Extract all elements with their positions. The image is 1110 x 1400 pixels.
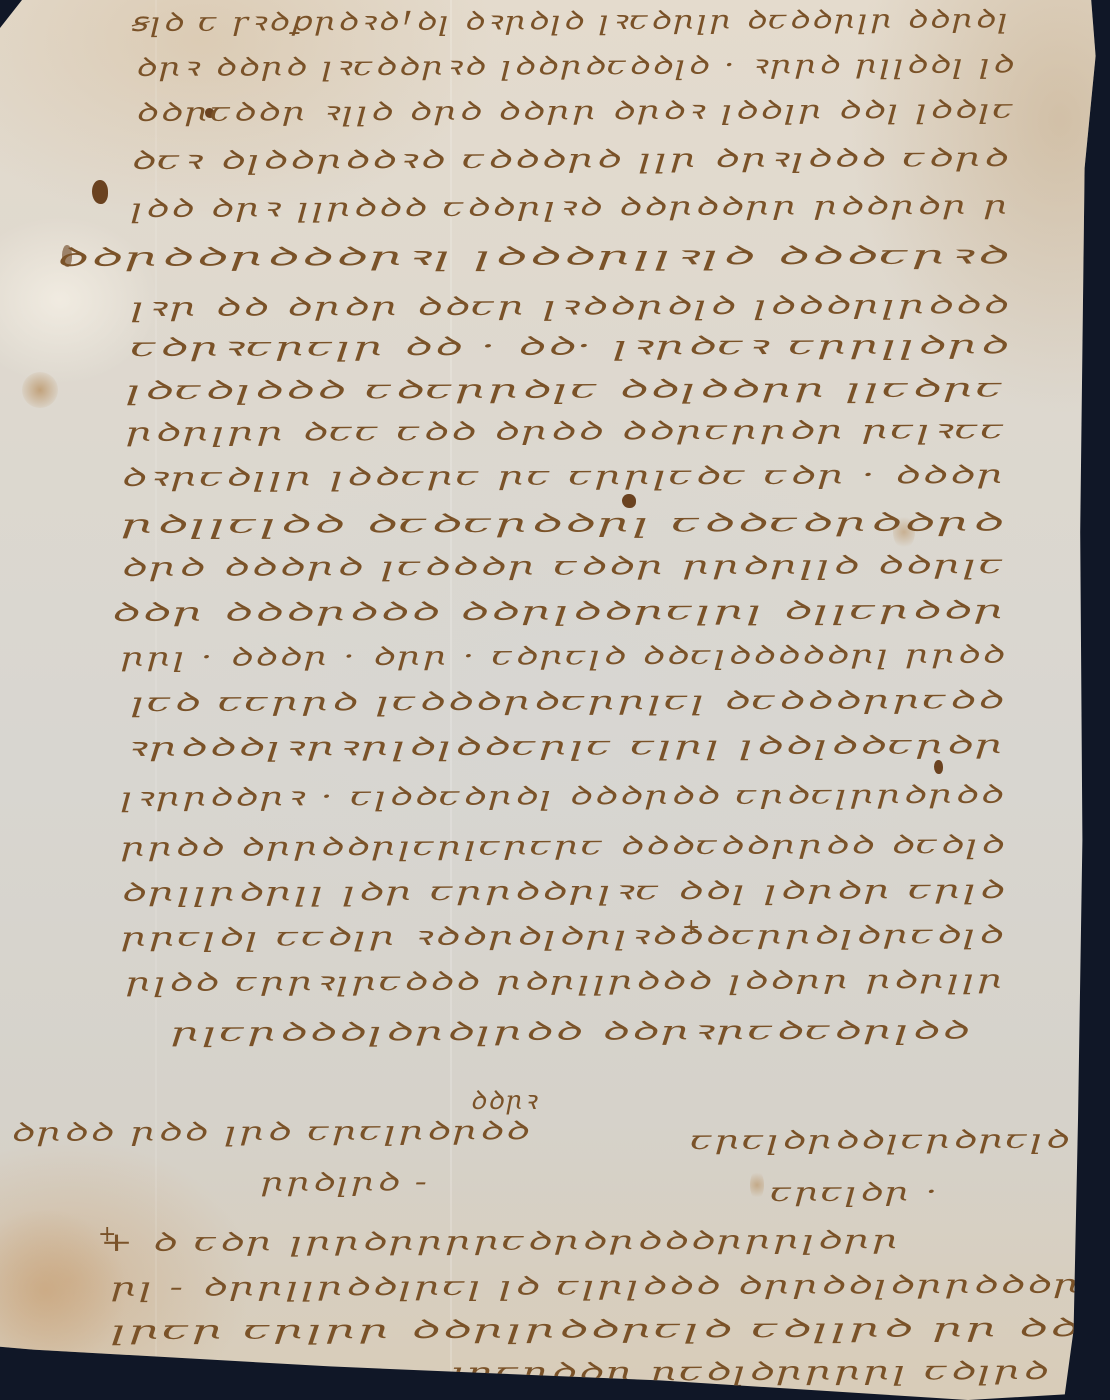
handwritten-line: ꞩꞁꝺ ꞇ ꞅꝛꝺꝑꞃꝺꝛꝺꞋꝺꞁ ꝺꝛꞃꝺꞁꝺ ꞁꝛꞇꝺꞃꞁꞃ ꝺꞇꝺꝺꞃꞁꞃ…: [130, 6, 1010, 36]
ink-blot: [622, 494, 636, 508]
postscript-line: + ꝺ ꞇꝺꞃ ꞁꞃꞃꝺꞃꞃꞃꞃꞇꝺꞃꝺꞃꝺꝺꝺꞃꞃꞃꞁꝺꞃꞃ: [100, 1227, 900, 1256]
cross-mark: +: [98, 1222, 116, 1247]
handwritten-line: ꝺꝺꞃꞇꝺꝺꞃ ꝛꞁꞁꝺ ꝺꞃꝺ ꝺꝺꞃꞃ ꝺꞃꝺꝛ ꞁꝺꝺꞁꞃ ꝺꝺꞁ ꞁꝺꝺ…: [135, 97, 1015, 126]
handwritten-line: ꞃꞁꞇꞃꝺꝺꝺꞁꝺꞃꝺꞁꞃꝺꝺ ꝺꝺꞃꝛꞃꞇꝺꞇꝺꞃꞁꝺꝺ: [170, 1018, 970, 1046]
cross-mark: +: [682, 915, 700, 940]
handwritten-line: ꝺꞃꞁꞁꞃꝺꞃꞁꞁ ꞁꝺꞃ ꞇꞃꞃꝺꝺꞃꞁꝛꞇ ꝺꝺꞁ ꞁꝺꞃꝺꞃ ꞇꞃꞁꝺ: [120, 877, 1006, 906]
closing-salutation: ꝺꝺꞃꝛ: [470, 1088, 538, 1114]
handwritten-line: ꞃꞃꝺꝺ ꝺꞃꞃꝺꝺꞃꞁꞇꞃꞁꞇꞃꞇꞃꞇ ꝺꝺꝺꞇꝺꝺꞃꞃꝺꝺ ꝺꞇꝺꞁꝺ: [120, 832, 1005, 861]
handwritten-line: ꞁꝺꞇꝺꞁꝺꝺꝺ ꞇꝺꞇꞃꞃꝺꞁꞇ ꝺꝺꞁꝺꝺꞃꞃ ꞁꞁꞇꝺꞃꞇ: [125, 375, 1005, 404]
handwritten-line: ꝺꞃꝺ ꝺꝺꝺꞃꝺ ꞁꞇꝺꝺꝺꞃ ꞇꝺꝺꞃ ꞃꞃꝺꞃꞁꞁꝺ ꝺꝺꞃꞁꞇ: [120, 552, 1005, 581]
foxing-stain: [22, 372, 58, 408]
addressee-line: ꝺꞃꝺꝺ ꞃꝺꝺ ꞁꞃꝺ ꞇꞃꞇꞁꞃꝺꞃꝺꝺ: [10, 1118, 531, 1146]
handwritten-line: ꝺꞃꝛ ꝺꝺꞃꝺ ꞁꝛꞇꝺꝺꞃꝛꝺ ꞁꝺꝺꞃꝺꞇꝺꝺꞁꝺ · ꝛꞃꞃꝺ ꞃꞁꞁꝺ…: [135, 51, 1015, 81]
addressee-line: ꞃꞃꝺꞁꞃꝺ -: [260, 1169, 430, 1196]
postscript-line: ꞃꞁ - ꝺꞃꞃꞁꞁꞃꝺꝺꞁꞃꞇꞁ ꞁꝺ ꞇꞁꞃꞁꝺꝺꝺ ꝺꞃꞃꝺꝺꞁꝺꞃꞃꝺꝺ…: [110, 1272, 1081, 1301]
signature-line: ꞇꞃꞇꞁꝺꞃ ·: [770, 1179, 940, 1206]
handwritten-line: ꞁꝺꝺ ꝺꞃꝛ ꞁꞁꞃꝺꝺꝺ ꞇꝺꝺꞃꞁꝛꝺ ꝺꝺꞃꝺꝺꞃꞃ ꞃꝺꝺꞃꝺꞃ ꞃ: [130, 193, 1010, 222]
handwritten-line: ꞇꝺꞃꝛꞇꞃꞇꞁꞃ ꝺꝺ · ꝺꝺ· ꞁꝛꞃꝺꞇꝛ ꞇꞃꞃꞁꞁꝺꞃꝺ: [130, 332, 1010, 361]
handwritten-line: ꞁꞇꝺ ꞇꞇꞃꞃꝺ ꞁꞇꝺꝺꝺꞃꝺꞇꞃꞃꞁꞇꞁ ꝺꞇꝺꝺꝺꞃꞃꞇꝺꝺ: [130, 687, 1005, 716]
handwritten-line: ꝺꝛꞃꞇꝺꞁꞁꞃ ꞁꝺꝺꞇꞃꞇ ꞃꞇ ꞇꞃꞃꞁꞇꝺꞇ ꞇꝺꞃ · ꝺꝺꝺꞃ: [120, 462, 1005, 491]
handwritten-line: ꞃꝺꞃꞁꞃꞃ ꝺꞇꞇ ꞇꝺꝺ ꝺꞃꝺꝺ ꝺꝺꞃꞇꞃꞃꝺꞃ ꞃꞇꞁꝛꞇꞇ: [125, 417, 1006, 446]
handwritten-line: ꞃꞁꝺꝺ ꞇꞃꞃꝛꞁꞃꞇꝺꝺꝺ ꞃꝺꞃꞁꞁꞃꝺꝺꝺ ꞁꝺꝺꞃꞃ ꞃꝺꞃꞁꞁꞃ: [125, 967, 1004, 996]
signature-line: ꞇꞃꞇꞁꝺꞃꝺꝺꞁꞇꞃꝺꞃꞇꞁꝺ: [690, 1127, 1070, 1154]
handwritten-line: ꝺꝺꞃ ꝺꝺꝺꞃꝺꝺꝺ ꝺꝺꞃꞁꝺꝺꞃꞇꞁꞃꞁ ꝺꞁꞁꞇꞃꝺꝺꞃ: [110, 597, 1006, 626]
handwritten-line: ꞃꞃꞁ · ꝺꝺꝺꞃ · ꝺꞃꞃ · ꞇꝺꞃꞇꞁꝺ ꝺꝺꞇꞁꝺꝺꝺꝺꝺꞃꞁ ꞃꞃ…: [120, 642, 1006, 671]
manuscript-page: ꞩꞁꝺ ꞇ ꞅꝛꝺꝑꞃꝺꝛꝺꞋꝺꞁ ꝺꝛꞃꝺꞁꝺ ꞁꝛꞇꝺꞃꞁꞃ ꝺꞇꝺꝺꞃꞁꞃ…: [0, 0, 1100, 1400]
handwritten-line: ꞁꝛꞃ ꝺꝺ ꝺꞃꝺꞃ ꝺꝺꞇꞃ ꞁꝛꝺꝺꞃꝺꞁꝺ ꞁꝺꝺꝺꞃꞁꞃꝺꝺꝺ: [130, 292, 1010, 321]
handwritten-line: ꞃꝺꞁꞁꞇꞁꝺꝺ ꝺꞇꝺꞇꞃꝺꝺꞃꞁ ꞇꝺꝺꞇꝺꞃꝺꝺꞃꝺ: [120, 510, 1005, 538]
handwritten-line: ꞁꝛꞃꞃꝺꝺꞃꝛ · ꞇꞁꝺꝺꞇꝺꞃꝺꞁ ꝺꝺꝺꞃꝺꝺ ꞇꞃꝺꞇꞁꞃꞃꝺꞃꝺꝺ: [120, 782, 1005, 811]
handwritten-line: ꝺꝺꞃꝺꝺꞃꝺꝺꝺꞃꝛꞁ ꞁꝺꝺꝺꞃꞁꞁꝛꞁꝺ ꝺꝺꝺꞇꞃꝛꝺ: [55, 242, 1010, 271]
postscript-line: ꞁꞃꞇꞃ ꞇꞃꞁꞃꞃ ꝺꝺꞃꞁꞃꝺꝺꞃꞇꞁꝺ ꞇꝺꞁꞁꞃꝺ ꞃꞃ ꝺꝺ: [110, 1315, 1080, 1344]
ink-blot: [92, 180, 108, 204]
ink-blot: [934, 760, 943, 774]
handwritten-line: ꝺꞇꝛ ꝺꞁꝺꝺꞃꝺꝺꝛꝺ ꞇꝺꝺꝺꞃꝺ ꞁꞁꞃ ꝺꞃꝛꞁꝺꝺꝺ ꞇꝺꞃꝺ: [130, 145, 1010, 174]
handwritten-line: ꝛꞃꝺꝺꝺꞁꝛꞃꝛꞃꞁꝺꞁꝺꝺꞇꞃꞁꞇ ꞇꞁꞃꞁ ꞁꝺꝺꞁꝺꝺꞇꞃꝺꞃ: [125, 732, 1005, 761]
foxing-stain: [750, 1170, 764, 1200]
handwritten-line: ꞃꞃꞇꞁꝺꞁ ꞇꞇꝺꞁꞃ ꝛꝺꝺꞃꝺꞁꝺꞃꞁꝛꝺꝺꝺꞇꞃꞃꝺꞁꝺꞃꞇꝺꞁꝺ: [120, 922, 1005, 951]
